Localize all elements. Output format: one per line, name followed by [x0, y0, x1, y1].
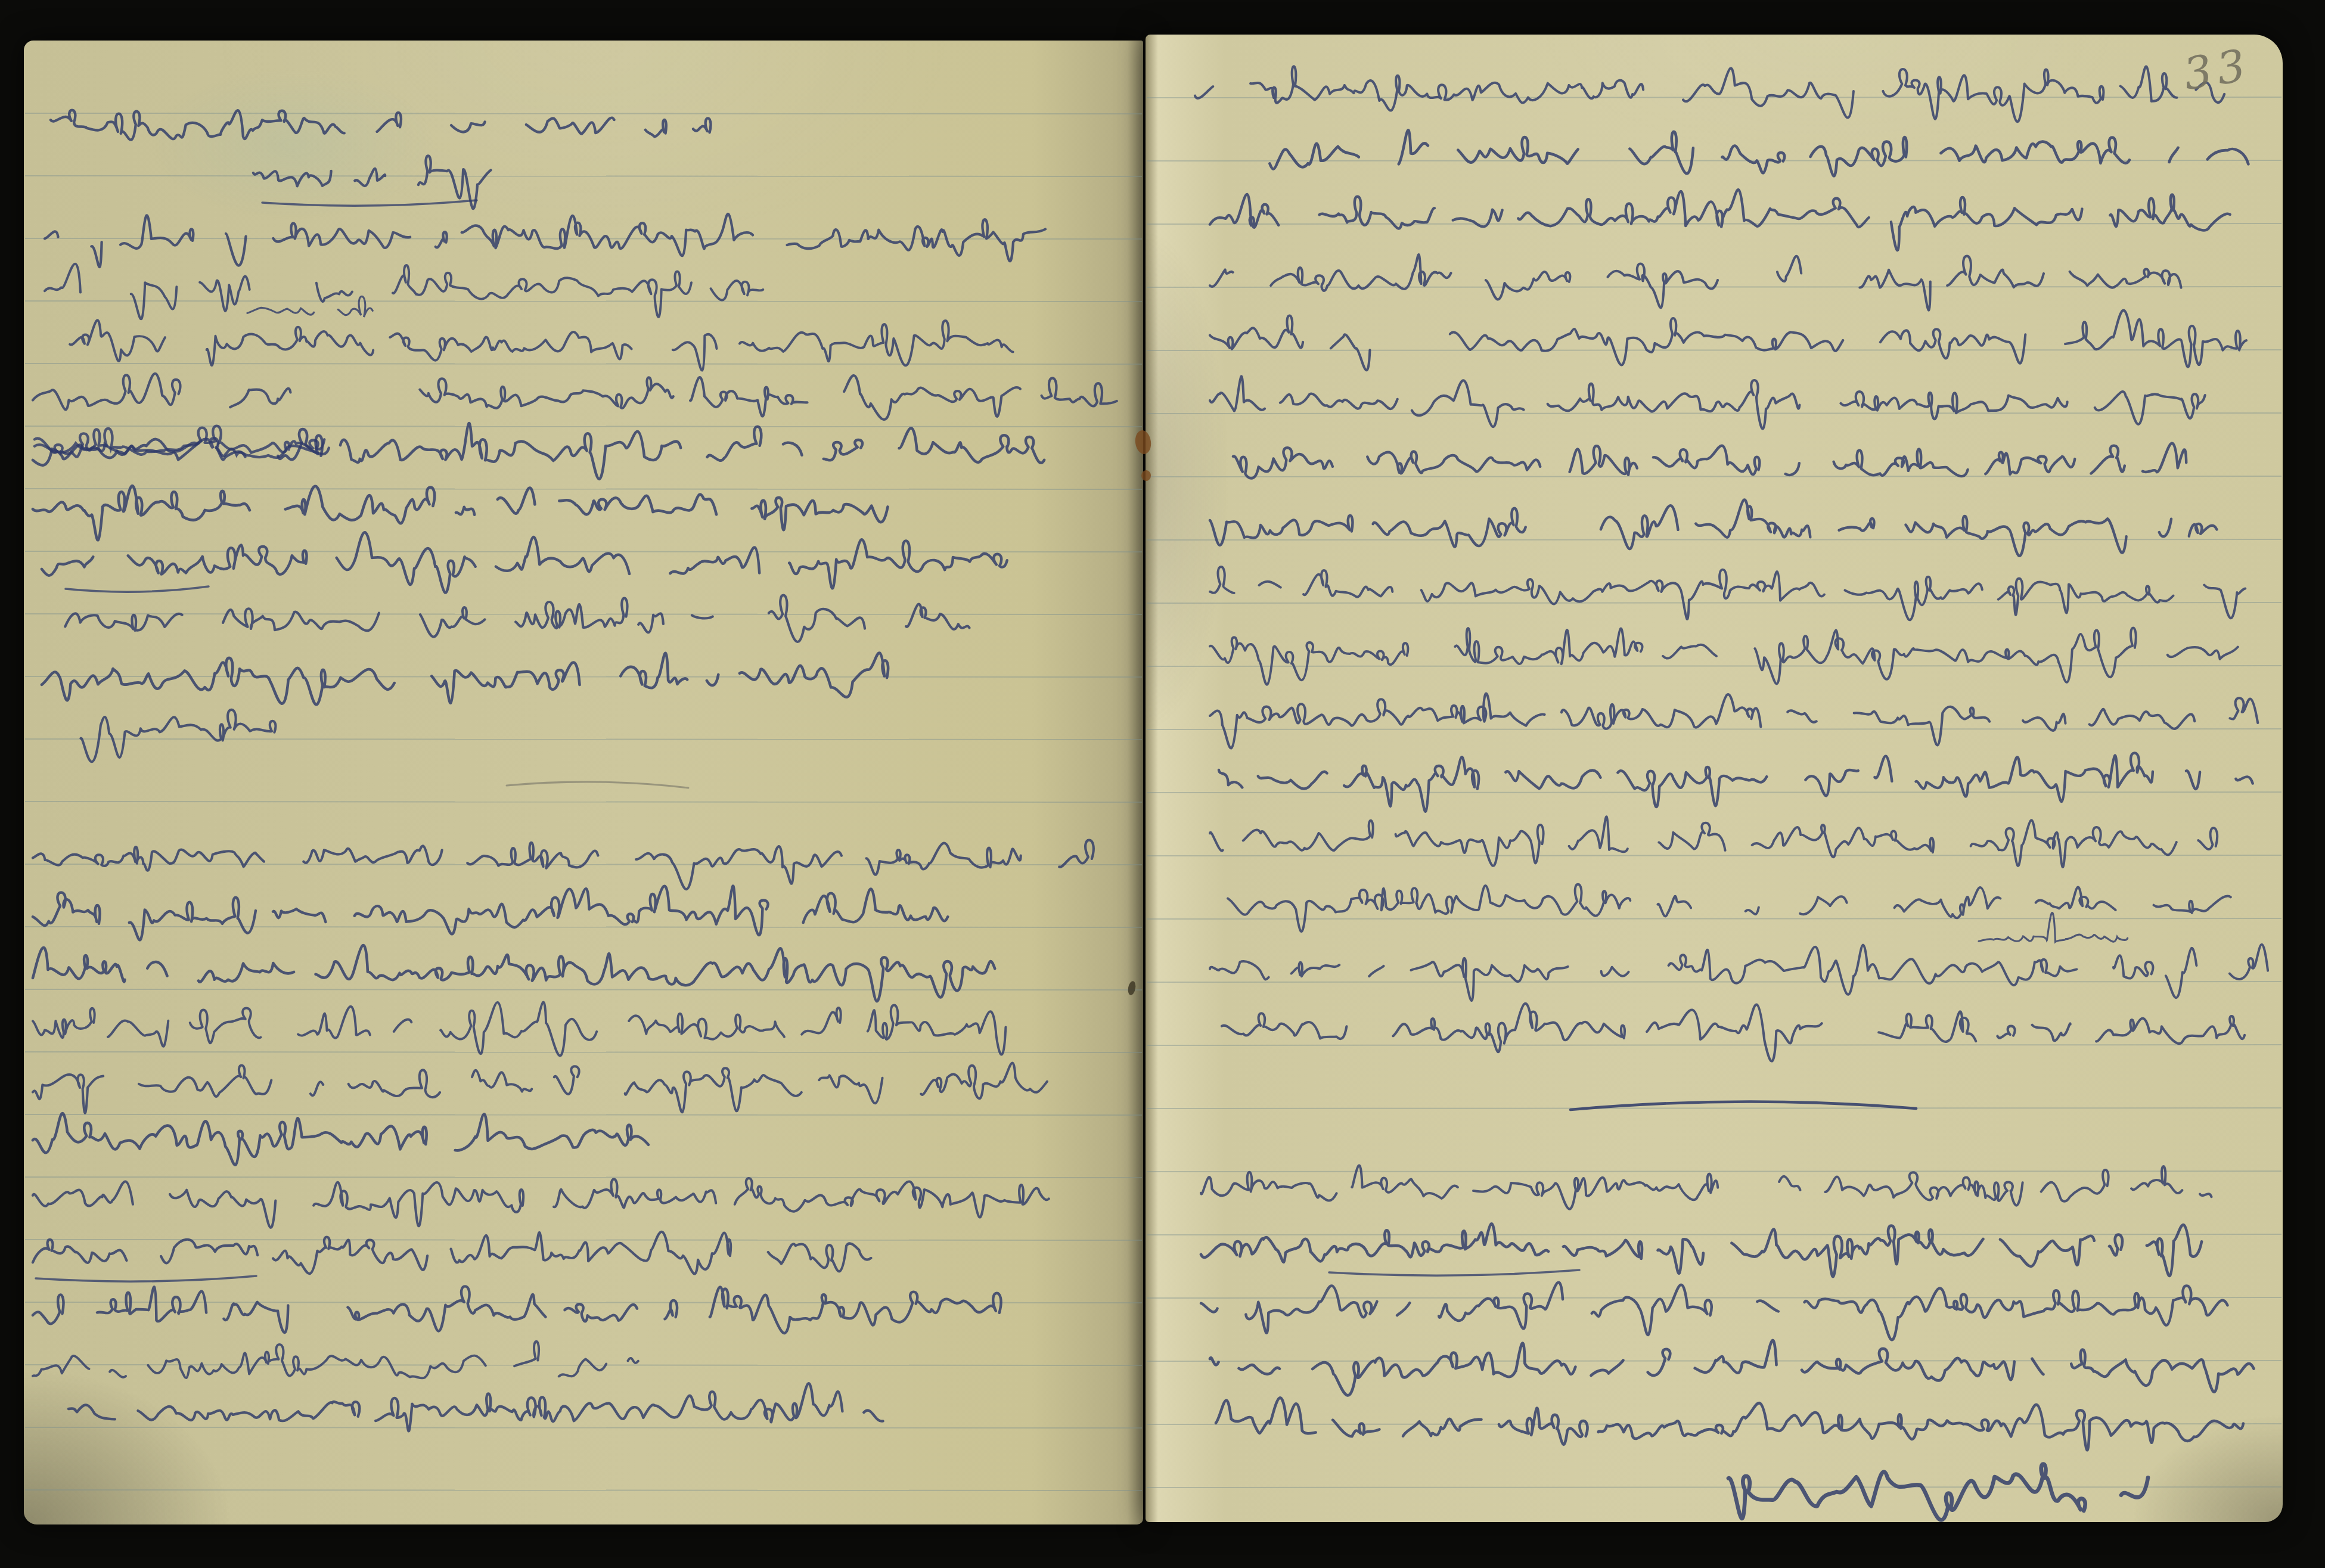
right-page	[1146, 35, 2283, 1522]
page-number: 33	[2180, 39, 2254, 100]
left-page-shading	[24, 41, 1143, 1524]
right-page-shading	[1146, 35, 2283, 1522]
left-page	[24, 41, 1143, 1524]
notebook-scan: 33	[0, 0, 2325, 1568]
